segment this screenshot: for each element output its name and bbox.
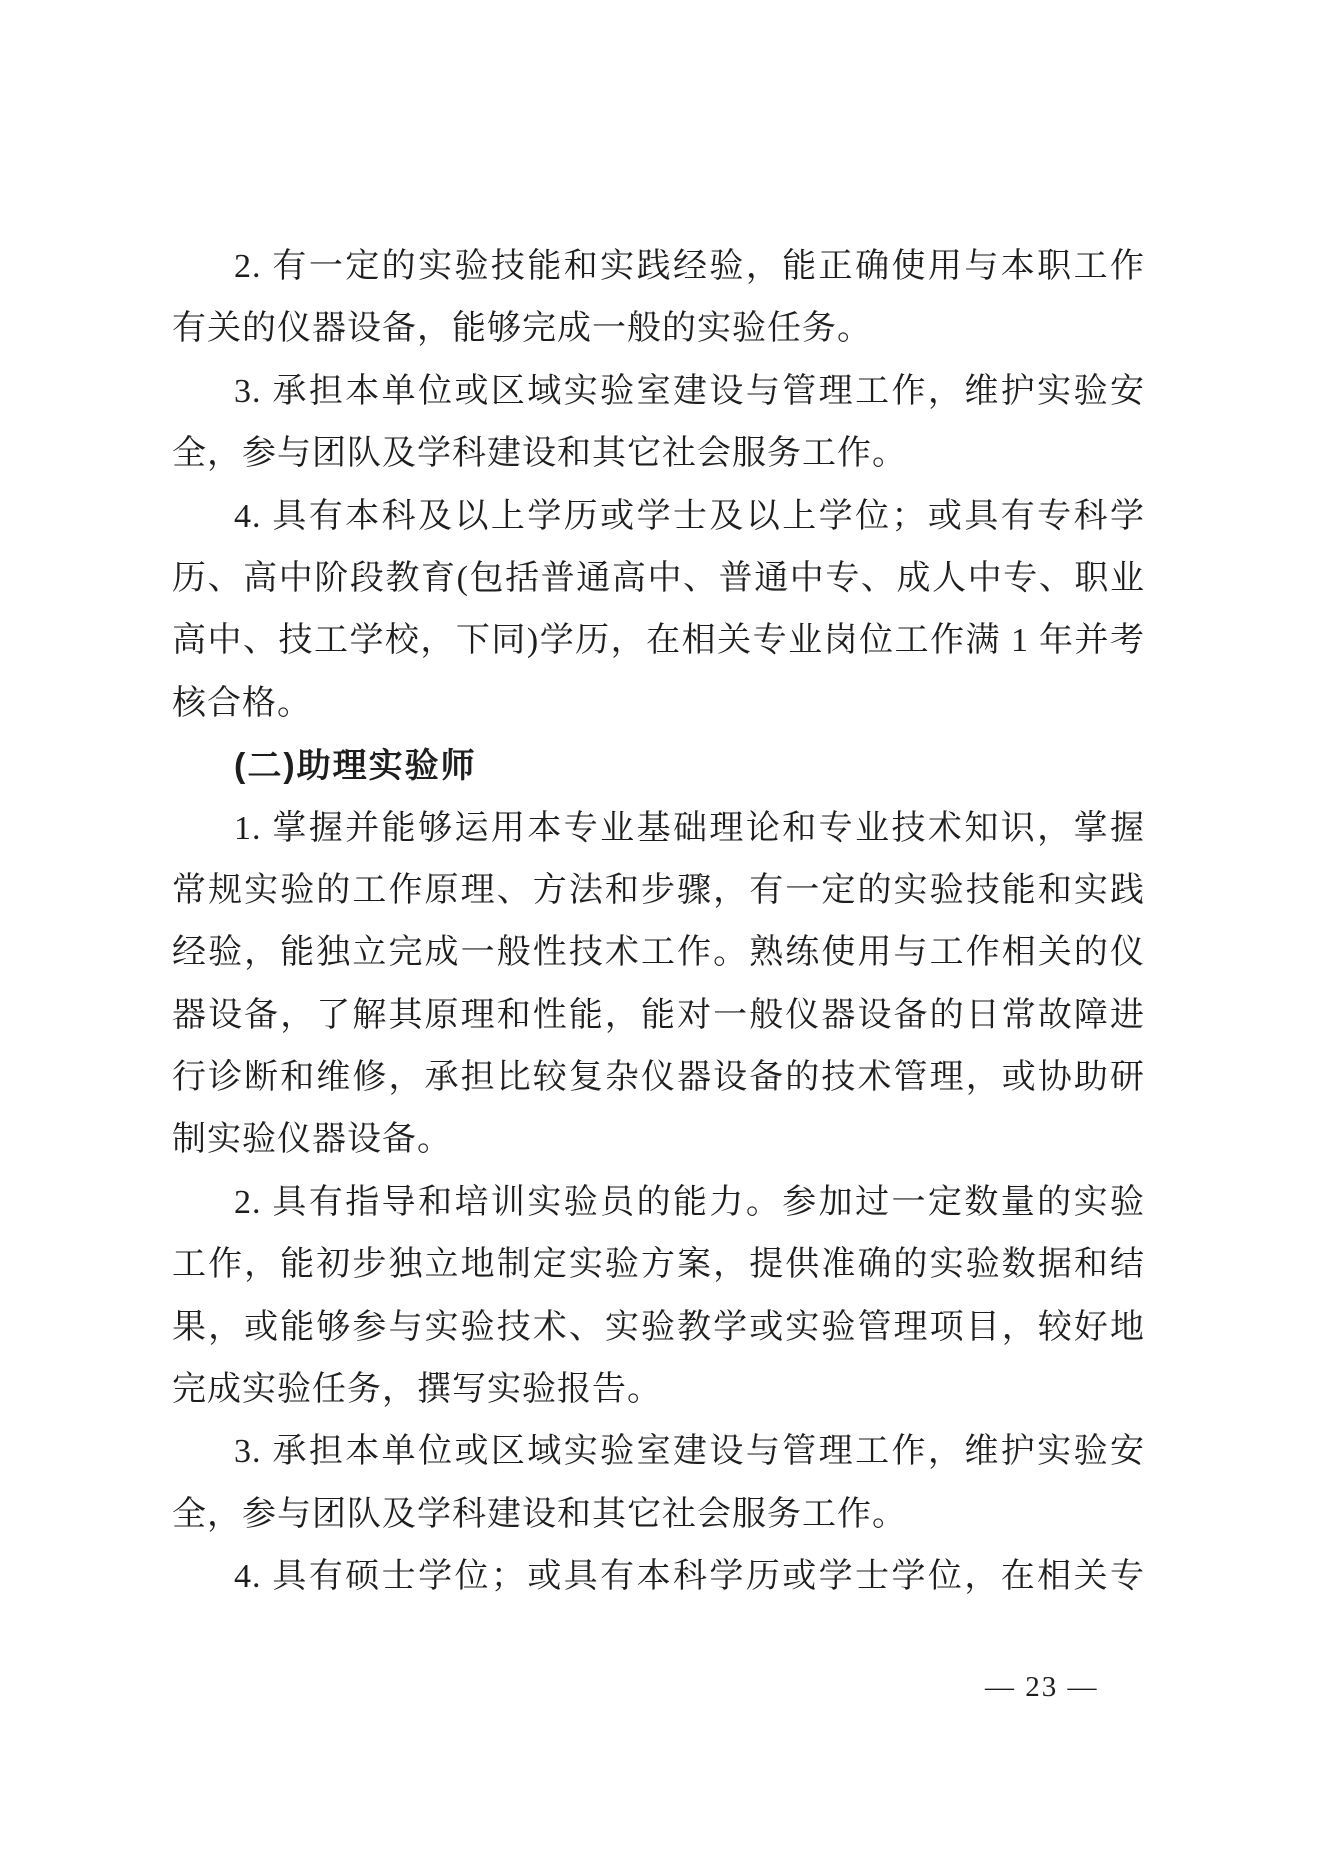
section-heading: (二)助理实验师	[172, 735, 1145, 797]
text-line: 果，或能够参与实验技术、实验教学或实验管理项目，较好地	[172, 1297, 1145, 1359]
text-line: 经验，能独立完成一般性技术工作。熟练使用与工作相关的仪	[172, 922, 1145, 984]
page-number: — 23 —	[985, 1671, 1099, 1703]
page-footer: — 23 —	[985, 1665, 1099, 1709]
text-line: 2. 具有指导和培训实验员的能力。参加过一定数量的实验	[172, 1172, 1145, 1234]
text-line: 4. 具有本科及以上学历或学士及以上学位；或具有专科学	[172, 486, 1145, 548]
text-line: 4. 具有硕士学位；或具有本科学历或学士学位，在相关专	[172, 1546, 1145, 1608]
text-line: 1. 掌握并能够运用本专业基础理论和专业技术知识，掌握	[172, 798, 1145, 860]
text-line: 历、高中阶段教育(包括普通高中、普通中专、成人中专、职业	[172, 548, 1145, 610]
text-line: 完成实验任务，撰写实验报告。	[172, 1359, 1145, 1421]
text-line: 3. 承担本单位或区域实验室建设与管理工作，维护实验安	[172, 1421, 1145, 1483]
text-line: 有关的仪器设备，能够完成一般的实验任务。	[172, 298, 1145, 360]
document-body: 2. 有一定的实验技能和实践经验，能正确使用与本职工作有关的仪器设备，能够完成一…	[172, 236, 1145, 1609]
document-page: 2. 有一定的实验技能和实践经验，能正确使用与本职工作有关的仪器设备，能够完成一…	[0, 0, 1323, 1871]
text-line: 行诊断和维修，承担比较复杂仪器设备的技术管理，或协助研	[172, 1047, 1145, 1109]
text-line: 常规实验的工作原理、方法和步骤，有一定的实验技能和实践	[172, 860, 1145, 922]
text-line: 工作，能初步独立地制定实验方案，提供准确的实验数据和结	[172, 1234, 1145, 1296]
text-line: 制实验仪器设备。	[172, 1109, 1145, 1171]
text-line: 全，参与团队及学科建设和其它社会服务工作。	[172, 423, 1145, 485]
text-line: 器设备，了解其原理和性能，能对一般仪器设备的日常故障进	[172, 985, 1145, 1047]
text-line: 高中、技工学校，下同)学历，在相关专业岗位工作满 1 年并考	[172, 610, 1145, 672]
text-line: 2. 有一定的实验技能和实践经验，能正确使用与本职工作	[172, 236, 1145, 298]
text-line: 核合格。	[172, 673, 1145, 735]
text-line: 全，参与团队及学科建设和其它社会服务工作。	[172, 1484, 1145, 1546]
text-line: 3. 承担本单位或区域实验室建设与管理工作，维护实验安	[172, 361, 1145, 423]
